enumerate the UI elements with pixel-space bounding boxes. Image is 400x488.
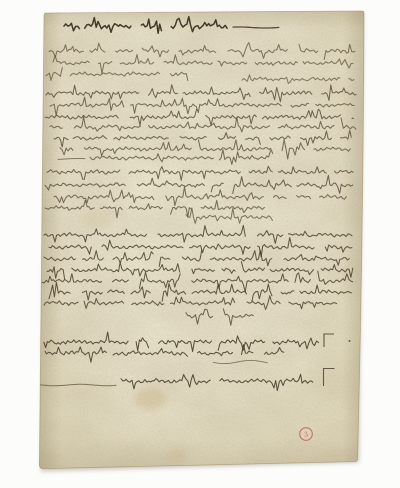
paper-stain	[82, 212, 110, 228]
manuscript-line	[349, 340, 351, 342]
paper-stain	[166, 449, 186, 461]
manuscript-photo: 3	[0, 0, 400, 488]
paper-texture-grain	[30, 0, 375, 488]
photo-background: 3	[0, 0, 400, 488]
paper-stain	[134, 388, 166, 410]
